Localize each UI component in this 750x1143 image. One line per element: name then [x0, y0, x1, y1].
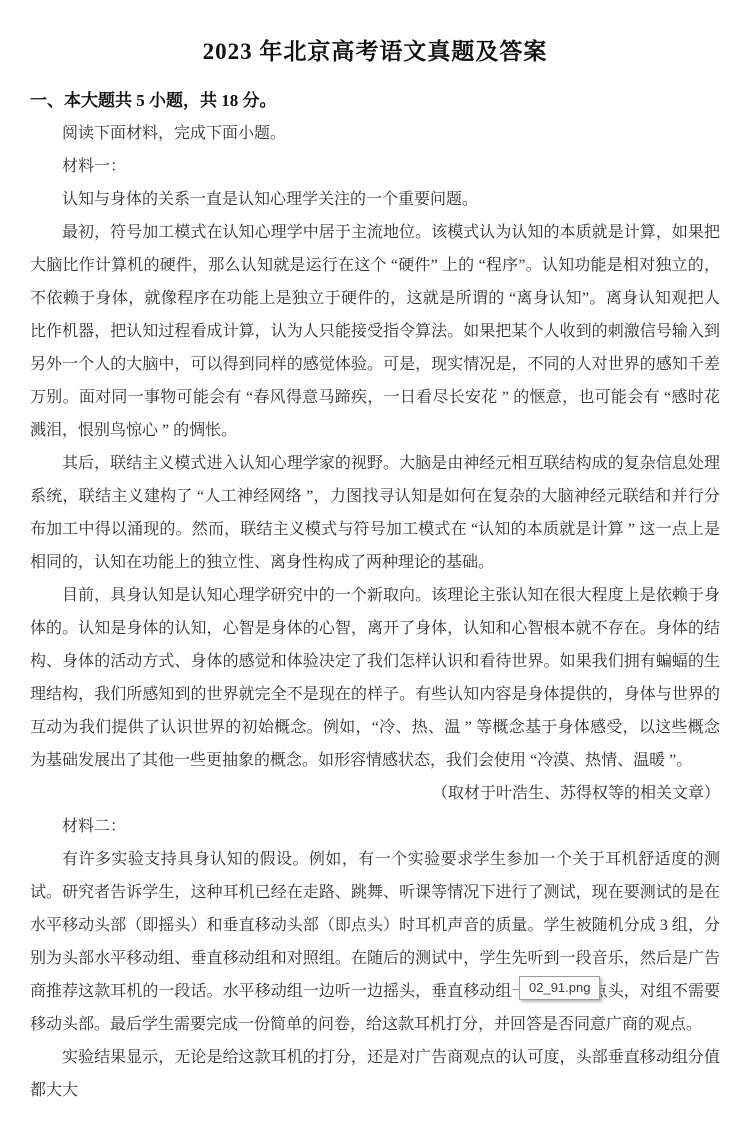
paragraph-material-one-label: 材料一： — [30, 150, 720, 183]
paragraph-symbol-processing: 最初，符号加工模式在认知心理学中居于主流地位。该模式认为认知的本质就是计算，如果… — [30, 216, 720, 447]
paragraph-experiment-result: 实验结果显示，无论是给这款耳机的打分，还是对广告商观点的认可度，头部垂直移动组分… — [30, 1041, 720, 1107]
filename-tooltip: 02_91.png — [519, 976, 600, 1000]
document-page: 2023 年北京高考语文真题及答案 一、本大题共 5 小题，共 18 分。 阅读… — [0, 0, 750, 1143]
paragraph-instructions: 阅读下面材料，完成下面小题。 — [30, 117, 720, 150]
paragraph-material-two-label: 材料二： — [30, 810, 720, 843]
page-title: 2023 年北京高考语文真题及答案 — [0, 36, 750, 68]
paragraph-citation: （取材于叶浩生、苏得权等的相关文章） — [30, 777, 720, 810]
paragraph-embodied-cognition: 目前，具身认知是认知心理学研究中的一个新取向。该理论主张认知在很大程度上是依赖于… — [30, 579, 720, 777]
paragraph-headphone-experiment: 有许多实验支持具身认知的假设。例如，有一个实验要求学生参加一个关于耳机舒适度的测… — [30, 843, 720, 1041]
document-content: 一、本大题共 5 小题，共 18 分。 阅读下面材料，完成下面小题。 材料一： … — [0, 84, 750, 1107]
section-heading: 一、本大题共 5 小题，共 18 分。 — [30, 84, 720, 117]
paragraph-intro: 认知与身体的关系一直是认知心理学关注的一个重要问题。 — [30, 183, 720, 216]
paragraph-connectionism: 其后，联结主义模式进入认知心理学家的视野。大脑是由神经元相互联结构成的复杂信息处… — [30, 447, 720, 579]
